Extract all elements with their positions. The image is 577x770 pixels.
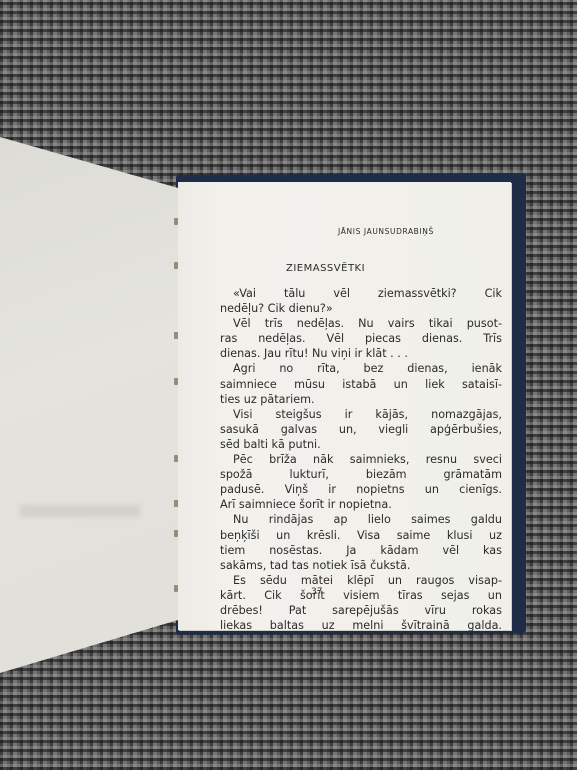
page-number: 37	[311, 587, 322, 597]
text-line: kārt. Cik šorīt visiem tīras sejas un	[220, 588, 502, 603]
text-line: Nu rindājas ap lielo saimes galdu	[220, 512, 502, 527]
text-line: Pēc brīža nāk saimnieks, resnu sveci	[220, 452, 502, 467]
text-line: beņķīši un krēsli. Visa saime klusi uz	[220, 528, 502, 543]
text-line: padusē. Viņš ir nopietns un cienīgs.	[220, 482, 502, 497]
paragraph: «Vai tālu vēl ziemassvētki? Cik nedēļu? …	[220, 286, 502, 316]
text-line: tiem nosēstas. Ja kādam vēl kas	[220, 543, 502, 558]
chapter-title: ZIEMASSVĒTKI	[286, 263, 365, 274]
text-line: saimniece mūsu istabā un liek sataisī-	[220, 377, 502, 392]
paragraph: Es sēdu mātei klēpī un raugos visap- kār…	[220, 573, 502, 633]
text-line: dienas. Jau rītu! Nu viņi ir klāt . . .	[220, 346, 502, 361]
text-line: sasukā galvas un, viegli apģērbušies,	[220, 422, 502, 437]
text-line: Visi steigšus ir kājās, nomazgājas,	[220, 407, 502, 422]
paragraph: Agri no rīta, bez dienas, ienāk saimniec…	[220, 361, 502, 406]
text-line: Es sēdu mātei klēpī un raugos visap-	[220, 573, 502, 588]
paragraph: Visi steigšus ir kājās, nomazgājas, sasu…	[220, 407, 502, 452]
text-line: Agri no rīta, bez dienas, ienāk	[220, 361, 502, 376]
text-line: «Vai tālu vēl ziemassvētki? Cik	[220, 286, 502, 301]
text-line: sēd balti kā putni.	[220, 437, 502, 452]
paragraph: Nu rindājas ap lielo saimes galdu beņķīš…	[220, 512, 502, 572]
page-body: «Vai tālu vēl ziemassvētki? Cik nedēļu? …	[220, 286, 502, 633]
running-header: JĀNIS JAUNSUDRABIŅŠ	[338, 227, 434, 236]
text-line: Vēl trīs nedēļas. Nu vairs tikai pusot-	[220, 316, 502, 331]
paragraph: Vēl trīs nedēļas. Nu vairs tikai pusot- …	[220, 316, 502, 361]
text-line: sakāms, tad tas notiek īsā čukstā.	[220, 558, 502, 573]
show-through-text	[20, 505, 140, 517]
text-line: nedēļu? Cik dienu?»	[220, 301, 502, 316]
text-line: Arī saimniece šorīt ir nopietna.	[220, 497, 502, 512]
text-line: ties uz pātariem.	[220, 392, 502, 407]
paragraph: Pēc brīža nāk saimnieks, resnu sveci spo…	[220, 452, 502, 512]
text-line: ras nedēļas. Vēl piecas dienas. Trīs	[220, 331, 502, 346]
text-line: spožā lukturī, biezām grāmatām	[220, 467, 502, 482]
text-line: drēbes! Pat sarepējušās vīru rokas	[220, 603, 502, 618]
text-line: liekas baltas uz melni švītrainā galda.	[220, 618, 502, 633]
